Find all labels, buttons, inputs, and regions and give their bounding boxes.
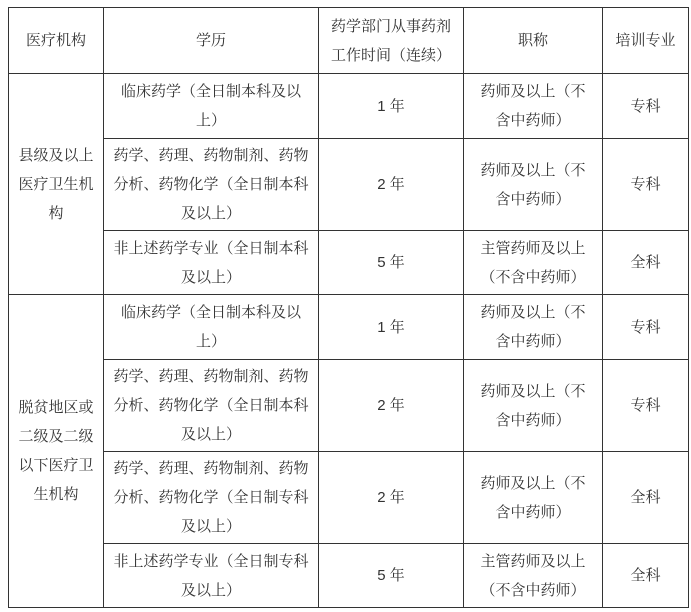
- title-cell: 主管药师及以上 （不含中药师）: [464, 544, 603, 608]
- worktime-cell: 1 年: [319, 74, 464, 139]
- header-cell-institution: 医疗机构: [9, 8, 104, 74]
- major-cell: 全科: [603, 544, 689, 608]
- worktime-cell: 2 年: [319, 452, 464, 544]
- major-cell: 专科: [603, 360, 689, 452]
- education-cell: 临床药学（全日制本科及以 上）: [104, 295, 319, 360]
- title-cell: 药师及以上（不 含中药师）: [464, 452, 603, 544]
- page: 医疗机构 学历 药学部门从事药剂 工作时间（连续） 职称 培训专业 县级及以上 …: [0, 0, 691, 612]
- major-cell: 专科: [603, 295, 689, 360]
- table-row: 药学、药理、药物制剂、药物 分析、药物化学（全日制专科 及以上） 2 年 药师及…: [9, 452, 689, 544]
- worktime-cell: 5 年: [319, 231, 464, 295]
- education-cell: 药学、药理、药物制剂、药物 分析、药物化学（全日制本科 及以上）: [104, 360, 319, 452]
- education-cell: 药学、药理、药物制剂、药物 分析、药物化学（全日制专科 及以上）: [104, 452, 319, 544]
- worktime-cell: 1 年: [319, 295, 464, 360]
- header-cell-title: 职称: [464, 8, 603, 74]
- institution-group-cell: 脱贫地区或 二级及二级 以下医疗卫 生机构: [9, 295, 104, 608]
- institution-group-cell: 县级及以上 医疗卫生机 构: [9, 74, 104, 295]
- title-cell: 药师及以上（不 含中药师）: [464, 295, 603, 360]
- education-cell: 临床药学（全日制本科及以 上）: [104, 74, 319, 139]
- education-cell: 非上述药学专业（全日制本科 及以上）: [104, 231, 319, 295]
- header-cell-major: 培训专业: [603, 8, 689, 74]
- header-cell-worktime: 药学部门从事药剂 工作时间（连续）: [319, 8, 464, 74]
- education-cell: 药学、药理、药物制剂、药物 分析、药物化学（全日制本科 及以上）: [104, 139, 319, 231]
- worktime-cell: 2 年: [319, 360, 464, 452]
- major-cell: 专科: [603, 74, 689, 139]
- major-cell: 专科: [603, 139, 689, 231]
- requirements-table: 医疗机构 学历 药学部门从事药剂 工作时间（连续） 职称 培训专业 县级及以上 …: [8, 7, 689, 608]
- title-cell: 药师及以上（不 含中药师）: [464, 139, 603, 231]
- worktime-cell: 5 年: [319, 544, 464, 608]
- worktime-cell: 2 年: [319, 139, 464, 231]
- major-cell: 全科: [603, 231, 689, 295]
- table-row: 药学、药理、药物制剂、药物 分析、药物化学（全日制本科 及以上） 2 年 药师及…: [9, 139, 689, 231]
- title-cell: 药师及以上（不 含中药师）: [464, 360, 603, 452]
- major-cell: 全科: [603, 452, 689, 544]
- table-row: 非上述药学专业（全日制本科 及以上） 5 年 主管药师及以上 （不含中药师） 全…: [9, 231, 689, 295]
- header-row: 医疗机构 学历 药学部门从事药剂 工作时间（连续） 职称 培训专业: [9, 8, 689, 74]
- header-cell-education: 学历: [104, 8, 319, 74]
- table-row: 药学、药理、药物制剂、药物 分析、药物化学（全日制本科 及以上） 2 年 药师及…: [9, 360, 689, 452]
- table-row: 非上述药学专业（全日制专科 及以上） 5 年 主管药师及以上 （不含中药师） 全…: [9, 544, 689, 608]
- education-cell: 非上述药学专业（全日制专科 及以上）: [104, 544, 319, 608]
- table-row: 县级及以上 医疗卫生机 构 临床药学（全日制本科及以 上） 1 年 药师及以上（…: [9, 74, 689, 139]
- title-cell: 药师及以上（不 含中药师）: [464, 74, 603, 139]
- title-cell: 主管药师及以上 （不含中药师）: [464, 231, 603, 295]
- table-row: 脱贫地区或 二级及二级 以下医疗卫 生机构 临床药学（全日制本科及以 上） 1 …: [9, 295, 689, 360]
